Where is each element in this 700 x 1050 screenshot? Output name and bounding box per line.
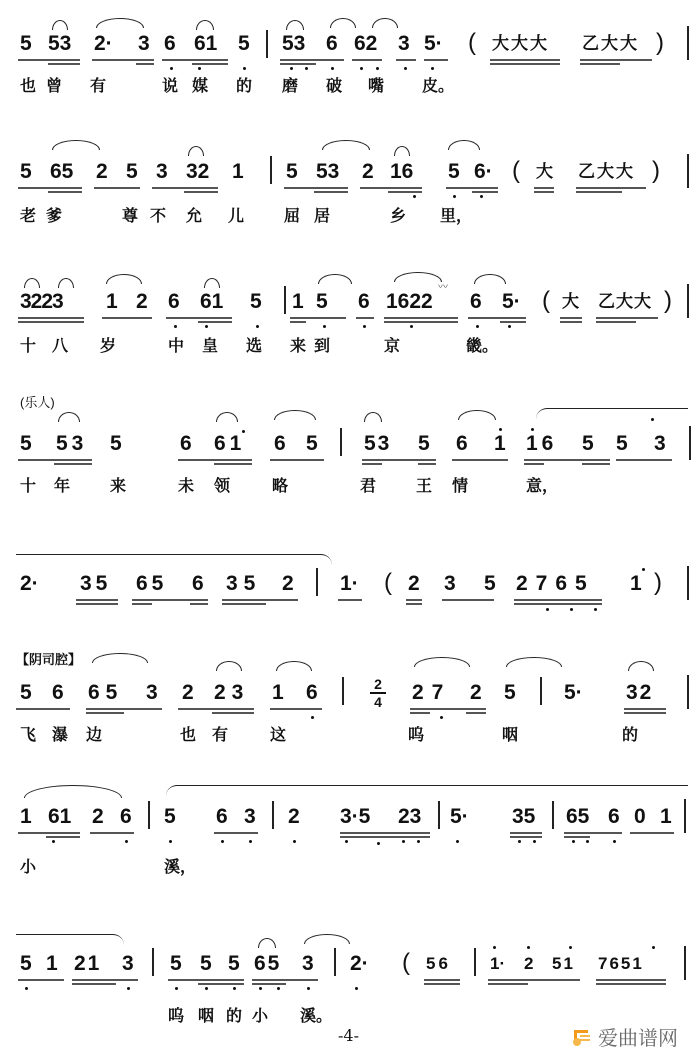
slur (196, 20, 214, 30)
beam-underline (616, 459, 672, 461)
slur (188, 146, 204, 156)
section-label: 【阴司腔】 (16, 649, 81, 668)
page-number: -4- (338, 1026, 359, 1045)
beam-underline (92, 59, 154, 61)
octave-dot (518, 840, 521, 843)
beam-underline (424, 59, 448, 61)
note: 65 (88, 681, 123, 705)
beam-underline (406, 603, 422, 605)
beam-underline (102, 317, 152, 319)
beam-underline (152, 187, 218, 189)
slur (24, 278, 40, 288)
note: 5· (424, 32, 443, 56)
barline (552, 801, 554, 829)
lyric-char: 里， (440, 206, 472, 226)
beam-underline (356, 317, 374, 319)
beam-underline (314, 191, 348, 193)
note: 21 (74, 952, 101, 976)
beam-underline (290, 317, 346, 319)
lyric-char: 破 (326, 76, 342, 96)
lyric-char: 曾 (46, 76, 62, 96)
beam-underline (510, 832, 542, 834)
note: 53 (316, 160, 339, 184)
note: 2 (182, 681, 194, 705)
lyric-char: 的 (226, 1006, 242, 1026)
beam-underline (16, 708, 70, 710)
octave-dot (546, 608, 549, 611)
note: 3 (244, 805, 256, 829)
slur (304, 934, 350, 944)
lyric-char: 到 (314, 336, 330, 356)
slur (322, 140, 370, 150)
beam-underline (184, 191, 218, 193)
beam-underline (340, 836, 430, 838)
note: 1 (494, 432, 506, 456)
beam-underline (596, 317, 658, 319)
beam-underline (576, 191, 622, 193)
note: 5 (126, 160, 138, 184)
lyric-char: 尊 (122, 206, 138, 226)
note: 6 (274, 432, 286, 456)
octave-dot (205, 325, 208, 328)
bracket: ( (512, 158, 520, 184)
note: 1 (292, 290, 304, 314)
beam-underline (580, 63, 620, 65)
lyric-char: 呜 (168, 1006, 184, 1026)
note: 6 (470, 290, 482, 314)
note: 2 (92, 805, 104, 829)
barline (687, 284, 689, 318)
note: 3 (654, 432, 666, 456)
lyric-char: 的 (622, 725, 638, 745)
beam-underline (48, 191, 82, 193)
note: 5· (502, 290, 521, 314)
slur (216, 661, 242, 671)
lyric-char: 也 (20, 76, 36, 96)
barline (148, 801, 150, 829)
beam-underline (72, 983, 116, 985)
beam-underline (212, 712, 254, 714)
beam-underline (560, 321, 582, 323)
note: 27 (412, 681, 451, 705)
note: 65 (254, 952, 281, 976)
octave-dot (307, 987, 310, 990)
lyric-char: 呜 (408, 725, 424, 745)
beam-underline (132, 599, 208, 601)
slur (318, 274, 352, 284)
note: 3223 (20, 290, 63, 314)
lyric-char: 溪。 (300, 1006, 332, 1026)
note: 6 (306, 681, 318, 705)
beam-underline (222, 599, 298, 601)
barline (684, 799, 686, 833)
slur (394, 272, 442, 282)
beam-underline (280, 59, 344, 61)
note: 61 (194, 32, 217, 56)
octave-dot (533, 840, 536, 843)
beam-underline (384, 317, 458, 319)
lyric-char: 媒 (192, 76, 208, 96)
note: 1 (630, 572, 642, 596)
note: 2765 (516, 572, 595, 596)
beam-underline (214, 463, 252, 465)
lyric-char: 小 (20, 857, 36, 877)
slur (52, 140, 100, 150)
octave-dot (174, 325, 177, 328)
note: 1· (490, 952, 505, 976)
slur (106, 274, 142, 284)
octave-dot (499, 428, 502, 431)
beam-underline (54, 463, 92, 465)
beam-underline (360, 187, 422, 189)
octave-dot (453, 195, 456, 198)
note: 3 (122, 952, 134, 976)
note: 2 (408, 572, 420, 596)
octave-dot (52, 840, 55, 843)
octave-dot (413, 195, 416, 198)
slur (448, 140, 480, 150)
slur (52, 20, 68, 30)
octave-dot (205, 987, 208, 990)
beam-underline (500, 321, 526, 323)
octave-dot (293, 840, 296, 843)
note: 5 (582, 432, 594, 456)
beam-underline (178, 708, 254, 710)
bracket: ( (384, 570, 392, 596)
note: 2 (282, 572, 294, 596)
slur (16, 934, 124, 945)
slur (204, 278, 220, 288)
lyric-char: 允 (186, 206, 202, 226)
beam-underline (136, 63, 154, 65)
octave-dot (570, 608, 573, 611)
slur (394, 146, 410, 156)
beam-underline (284, 187, 348, 189)
beam-underline (362, 459, 436, 461)
slur (330, 18, 356, 28)
beam-underline (270, 708, 322, 710)
note: 1 (232, 160, 244, 184)
beam-underline (270, 459, 324, 461)
beam-underline (424, 983, 460, 985)
lyric-char: 爹 (46, 206, 62, 226)
octave-dot (360, 67, 363, 70)
beam-underline (214, 832, 258, 834)
note: 5· (564, 681, 583, 705)
beam-underline (290, 321, 306, 323)
octave-dot (476, 325, 479, 328)
barline (687, 26, 689, 60)
barline (687, 566, 689, 600)
octave-dot (376, 67, 379, 70)
beam-underline (76, 599, 118, 601)
slur (166, 785, 688, 796)
beam-underline (514, 599, 602, 601)
note: 35 (80, 572, 111, 596)
lyric-char: 磨 (282, 76, 298, 96)
barline (272, 801, 274, 829)
octave-dot (249, 840, 252, 843)
note: 5 (418, 432, 430, 456)
note: 大 (536, 160, 553, 184)
beam-underline (510, 836, 542, 838)
octave-dot (25, 987, 28, 990)
beam-underline (76, 603, 118, 605)
octave-dot (404, 67, 407, 70)
note: 6 (358, 290, 370, 314)
lyric-char: 这 (270, 725, 286, 745)
note: 2 (96, 160, 108, 184)
octave-dot (311, 716, 314, 719)
beam-underline (564, 832, 622, 834)
beam-underline (514, 603, 602, 605)
lyric-char: 来 (110, 476, 126, 496)
octave-dot (169, 840, 172, 843)
octave-dot (417, 840, 420, 843)
note: 6 (326, 32, 338, 56)
bracket: ( (402, 950, 410, 976)
lyric-char: 未 (178, 476, 194, 496)
slur (96, 18, 144, 28)
percussion: 大大大 (492, 32, 549, 56)
beam-underline (576, 187, 646, 189)
note: 6 (608, 805, 620, 829)
lyric-char: 皇 (202, 336, 218, 356)
octave-dot (572, 840, 575, 843)
beam-underline (94, 187, 140, 189)
octave-dot (456, 840, 459, 843)
note: 5 (504, 681, 516, 705)
beam-underline (490, 59, 560, 61)
slur (58, 412, 80, 422)
slur (216, 412, 238, 422)
note: 3 (398, 32, 410, 56)
lyric-char: 嘴 (368, 76, 384, 96)
lyric-char: 岁 (100, 336, 116, 356)
beam-underline (90, 832, 134, 834)
octave-dot (127, 987, 130, 990)
slur (16, 554, 332, 565)
note: 乙大大 (578, 160, 635, 184)
beam-underline (48, 63, 80, 65)
barline (316, 568, 318, 596)
beam-underline (340, 832, 430, 834)
octave-dot (569, 946, 572, 949)
octave-dot (323, 325, 326, 328)
octave-dot (363, 325, 366, 328)
lyric-char: 君 (360, 476, 376, 496)
slur (24, 785, 122, 798)
note: 53 (282, 32, 305, 56)
beam-underline (442, 599, 494, 601)
lyric-char: 选 (246, 336, 262, 356)
note: 3 (444, 572, 456, 596)
lyric-char: 也 (180, 725, 196, 745)
octave-dot (221, 840, 224, 843)
bracket: ) (654, 570, 662, 596)
note: 7651 (598, 952, 644, 976)
note: 51 (552, 952, 575, 976)
beam-underline (198, 321, 232, 323)
note: 2· (20, 572, 39, 596)
octave-dot (175, 987, 178, 990)
beam-underline (388, 191, 422, 193)
octave-dot (277, 987, 280, 990)
note: 61 (214, 432, 245, 456)
note: 5 (20, 32, 32, 56)
beam-underline (132, 603, 152, 605)
octave-dot (242, 430, 245, 433)
lyric-char: 儿 (228, 206, 244, 226)
note: 65 (136, 572, 167, 596)
lyric-char: 略 (272, 476, 288, 496)
beam-underline (190, 603, 208, 605)
beam-underline (596, 979, 666, 981)
octave-dot (527, 946, 530, 949)
barline (342, 677, 344, 705)
beam-underline (524, 459, 610, 461)
note: 1 (106, 290, 118, 314)
note: 23 (398, 805, 421, 829)
note: 5 (164, 805, 176, 829)
note: 5 (20, 681, 32, 705)
lyric-char: 咽 (502, 725, 518, 745)
note: 5 (20, 952, 32, 976)
note: 23 (214, 681, 249, 705)
note: 3 (156, 160, 168, 184)
note: 5 (316, 290, 328, 314)
lyric-char: 有 (90, 76, 106, 96)
lyric-char: 京 (384, 336, 400, 356)
lyric-char: 畿。 (466, 336, 498, 356)
octave-dot (125, 840, 128, 843)
octave-dot (508, 325, 511, 328)
beam-underline (18, 321, 84, 323)
note: 32 (626, 681, 653, 705)
note: 6 (164, 32, 176, 56)
note: 16 (526, 432, 557, 456)
octave-dot (594, 608, 597, 611)
slur (92, 653, 148, 663)
beam-underline (582, 463, 610, 465)
note: 2· (94, 32, 113, 56)
note: 5 (238, 32, 250, 56)
music-note-icon (572, 1028, 592, 1046)
note: 大 (562, 290, 579, 314)
note: 53 (48, 32, 71, 56)
beam-underline (72, 979, 138, 981)
lyric-char: 咽 (198, 1006, 214, 1026)
note: 6 (180, 432, 192, 456)
octave-dot (652, 946, 655, 949)
beam-underline (624, 708, 666, 710)
barline (684, 946, 686, 980)
beam-underline (18, 187, 82, 189)
octave-dot (431, 67, 434, 70)
note: 5 (110, 432, 122, 456)
slur (286, 20, 304, 30)
note: 5 (170, 952, 182, 976)
beam-underline (452, 459, 508, 461)
note: 2 (288, 805, 300, 829)
octave-dot (493, 946, 496, 949)
octave-dot (642, 568, 645, 571)
beam-underline (410, 712, 430, 714)
slur (474, 274, 506, 284)
octave-dot (198, 67, 201, 70)
note: 35 (226, 572, 261, 596)
note: 1 (272, 681, 284, 705)
slur (536, 408, 688, 419)
lyric-char: 情 (452, 476, 468, 496)
bracket-open: ( (468, 30, 476, 56)
lyric-char: 小 (252, 1006, 268, 1026)
beam-underline (18, 832, 80, 834)
lyric-char: 中 (168, 336, 184, 356)
note: 3 (146, 681, 158, 705)
barline (687, 154, 689, 188)
note: 5 (20, 432, 32, 456)
note: 6 (120, 805, 132, 829)
octave-dot (377, 842, 380, 845)
lyric-char: 居 (314, 206, 330, 226)
slur (372, 18, 398, 28)
note: 5 (286, 160, 298, 184)
slur (628, 661, 654, 671)
octave-dot (480, 195, 483, 198)
octave-dot (345, 840, 348, 843)
beam-underline (384, 321, 458, 323)
beam-underline (524, 463, 544, 465)
beam-underline (280, 63, 316, 65)
beam-underline (18, 979, 64, 981)
beam-underline (534, 187, 554, 189)
note: 5· (450, 805, 469, 829)
beam-underline (192, 63, 228, 65)
beam-underline (46, 836, 80, 838)
lyric-char: 边 (86, 725, 102, 745)
note: 3 (138, 32, 150, 56)
beam-underline (252, 983, 286, 985)
beam-underline (564, 836, 590, 838)
note: 6 (52, 681, 64, 705)
beam-underline (418, 463, 436, 465)
beam-underline (630, 832, 674, 834)
barline (284, 286, 286, 314)
note: 6 (456, 432, 468, 456)
slur (458, 410, 496, 420)
note: 6 (216, 805, 228, 829)
beam-underline (580, 59, 652, 61)
beam-underline (466, 712, 486, 714)
note: 5 (200, 952, 212, 976)
beam-underline (252, 979, 318, 981)
note: 1 (46, 952, 58, 976)
beam-underline (490, 63, 560, 65)
note: 61 (200, 290, 223, 314)
note: 53 (56, 432, 87, 456)
note: 5 (448, 160, 460, 184)
note: 6· (474, 160, 493, 184)
octave-dot (355, 987, 358, 990)
beam-underline (596, 983, 666, 985)
time-signature: 2 4 (370, 677, 386, 709)
beam-underline (18, 59, 80, 61)
octave-dot (243, 67, 246, 70)
note: 1 (660, 805, 672, 829)
beam-underline (406, 599, 422, 601)
beam-underline (166, 317, 232, 319)
